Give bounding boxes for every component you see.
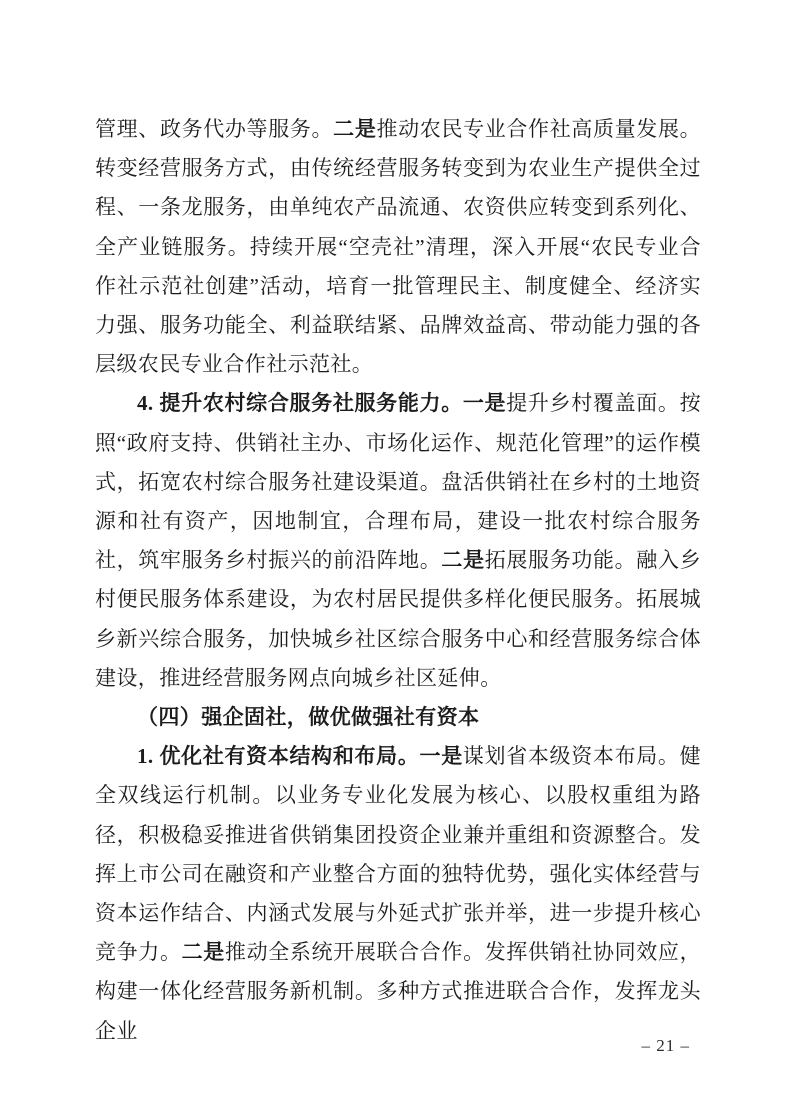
document-page: 管理、政务代办等服务。二是推动农民专业合作社高质量发展。转变经营服务方式，由传统…	[0, 0, 790, 1118]
document-content: 管理、政务代办等服务。二是推动农民专业合作社高质量发展。转变经营服务方式，由传统…	[95, 110, 701, 1051]
text-run: 谋划省本级资本布局。健全双线运行机制。以业务专业化发展为核心、以股权重组为路径，…	[95, 744, 701, 964]
paragraph-item-4: 4. 提升农村综合服务社服务能力。一是提升乡村覆盖面。按照“政府支持、供销社主办…	[95, 384, 701, 698]
emphasis-run-ershi: 二是	[333, 117, 376, 141]
paragraph-continuation: 管理、政务代办等服务。二是推动农民专业合作社高质量发展。转变经营服务方式，由传统…	[95, 110, 701, 384]
text-run: 推动农民专业合作社高质量发展。转变经营服务方式，由传统经营服务转变到为农业生产提…	[95, 117, 701, 376]
text-run: 提升乡村覆盖面。按照“政府支持、供销社主办、市场化运作、规范化管理”的运作模式，…	[95, 391, 701, 572]
section-heading: （四）强企固社，做优做强社有资本	[95, 698, 701, 737]
paragraph-item-1: 1. 优化社有资本结构和布局。一是谋划省本级资本布局。健全双线运行机制。以业务专…	[95, 737, 701, 1051]
text-run: 管理、政务代办等服务。	[95, 117, 333, 141]
emphasis-run-ershi: 二是	[182, 940, 225, 964]
page-number: – 21 –	[642, 1036, 691, 1056]
section-heading-run: （四）强企固社，做优做强社有资本	[137, 705, 479, 729]
item-heading-run: 4. 提升农村综合服务社服务能力。一是	[137, 391, 506, 415]
emphasis-run-ershi: 二是	[441, 548, 484, 572]
item-heading-run: 1. 优化社有资本结构和布局。一是	[137, 744, 463, 768]
